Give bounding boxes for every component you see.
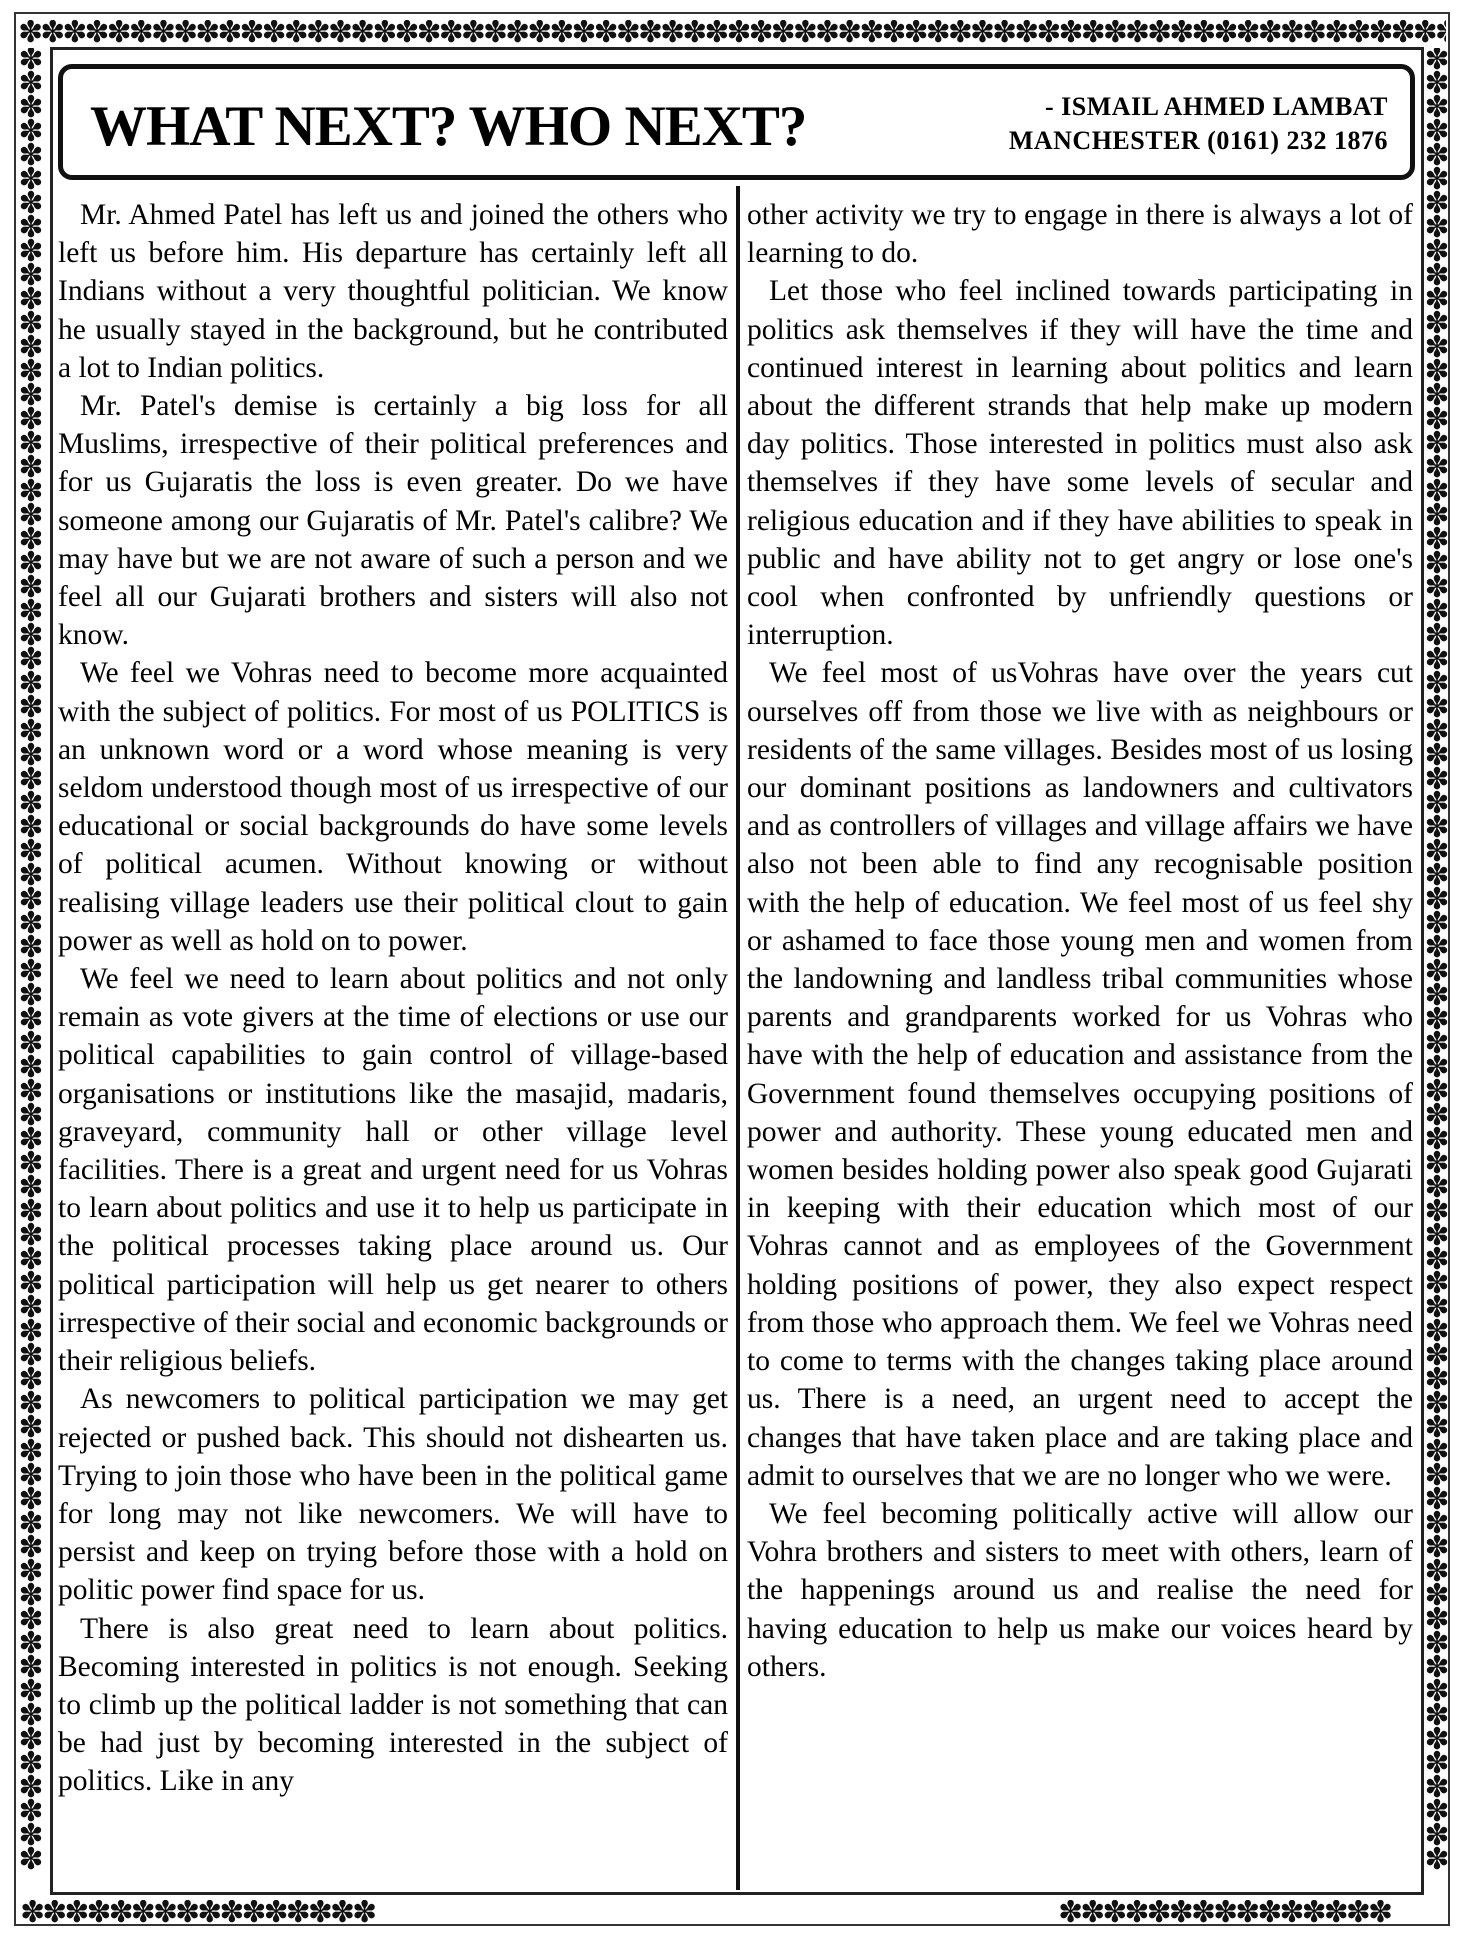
- paragraph: We feel we need to learn about politics …: [58, 960, 728, 1380]
- paragraph: Mr. Ahmed Patel has left us and joined t…: [58, 196, 728, 387]
- paragraph: We feel we Vohras need to become more ac…: [58, 654, 728, 960]
- paragraph: There is also great need to learn about …: [58, 1610, 728, 1801]
- flower-asterisk-icon: ✽✽✽✽✽✽✽✽✽✽✽✽✽✽✽✽: [20, 1900, 374, 1926]
- paragraph: We feel becoming politically active will…: [747, 1495, 1413, 1686]
- paragraph: As newcomers to political participation …: [58, 1380, 728, 1609]
- article-headline: WHAT NEXT? WHO NEXT?: [90, 94, 806, 159]
- bottom-left-ornament-border: ✽✽✽✽✽✽✽✽✽✽✽✽✽✽✽✽: [20, 1900, 410, 1926]
- left-ornament-border: ✽✽✽✽✽✽✽✽✽✽✽✽✽✽✽✽✽✽✽✽✽✽✽✽✽✽✽✽✽✽✽✽✽✽✽✽✽✽✽✽…: [16, 48, 46, 1898]
- author-contact: MANCHESTER (0161) 232 1876: [1009, 124, 1388, 158]
- right-ornament-border: ✽✽✽✽✽✽✽✽✽✽✽✽✽✽✽✽✽✽✽✽✽✽✽✽✽✽✽✽✽✽✽✽✽✽✽✽✽✽✽✽…: [1422, 48, 1452, 1898]
- bottom-right-ornament-border: ✽✽✽✽✽✽✽✽✽✽✽✽✽✽✽: [1058, 1900, 1424, 1926]
- paragraph: Mr. Patel's demise is certainly a big lo…: [58, 387, 728, 654]
- article-column-right: other activity we try to engage in there…: [747, 196, 1413, 1686]
- byline: - ISMAIL AHMED LAMBAT MANCHESTER (0161) …: [1009, 90, 1388, 158]
- paragraph: Let those who feel inclined towards part…: [747, 272, 1413, 654]
- flower-asterisk-icon: ✽✽✽✽✽✽✽✽✽✽✽✽✽✽✽: [1058, 1900, 1390, 1926]
- flower-asterisk-icon: ✽✽✽✽✽✽✽✽✽✽✽✽✽✽✽✽✽✽✽✽✽✽✽✽✽✽✽✽✽✽✽✽✽✽✽✽✽✽✽✽…: [18, 20, 1446, 46]
- top-ornament-border: ✽✽✽✽✽✽✽✽✽✽✽✽✽✽✽✽✽✽✽✽✽✽✽✽✽✽✽✽✽✽✽✽✽✽✽✽✽✽✽✽…: [18, 20, 1446, 46]
- flower-asterisk-icon: ✽✽✽✽✽✽✽✽✽✽✽✽✽✽✽✽✽✽✽✽✽✽✽✽✽✽✽✽✽✽✽✽✽✽✽✽✽✽✽✽…: [1424, 48, 1449, 1877]
- flower-asterisk-icon: ✽✽✽✽✽✽✽✽✽✽✽✽✽✽✽✽✽✽✽✽✽✽✽✽✽✽✽✽✽✽✽✽✽✽✽✽✽✽✽✽…: [18, 48, 43, 1877]
- paragraph-continuation: other activity we try to engage in there…: [747, 196, 1413, 272]
- column-divider: [736, 186, 740, 1890]
- article-column-left: Mr. Ahmed Patel has left us and joined t…: [58, 196, 728, 1801]
- author-name: - ISMAIL AHMED LAMBAT: [1009, 90, 1388, 124]
- paragraph: We feel most of usVohras have over the y…: [747, 654, 1413, 1494]
